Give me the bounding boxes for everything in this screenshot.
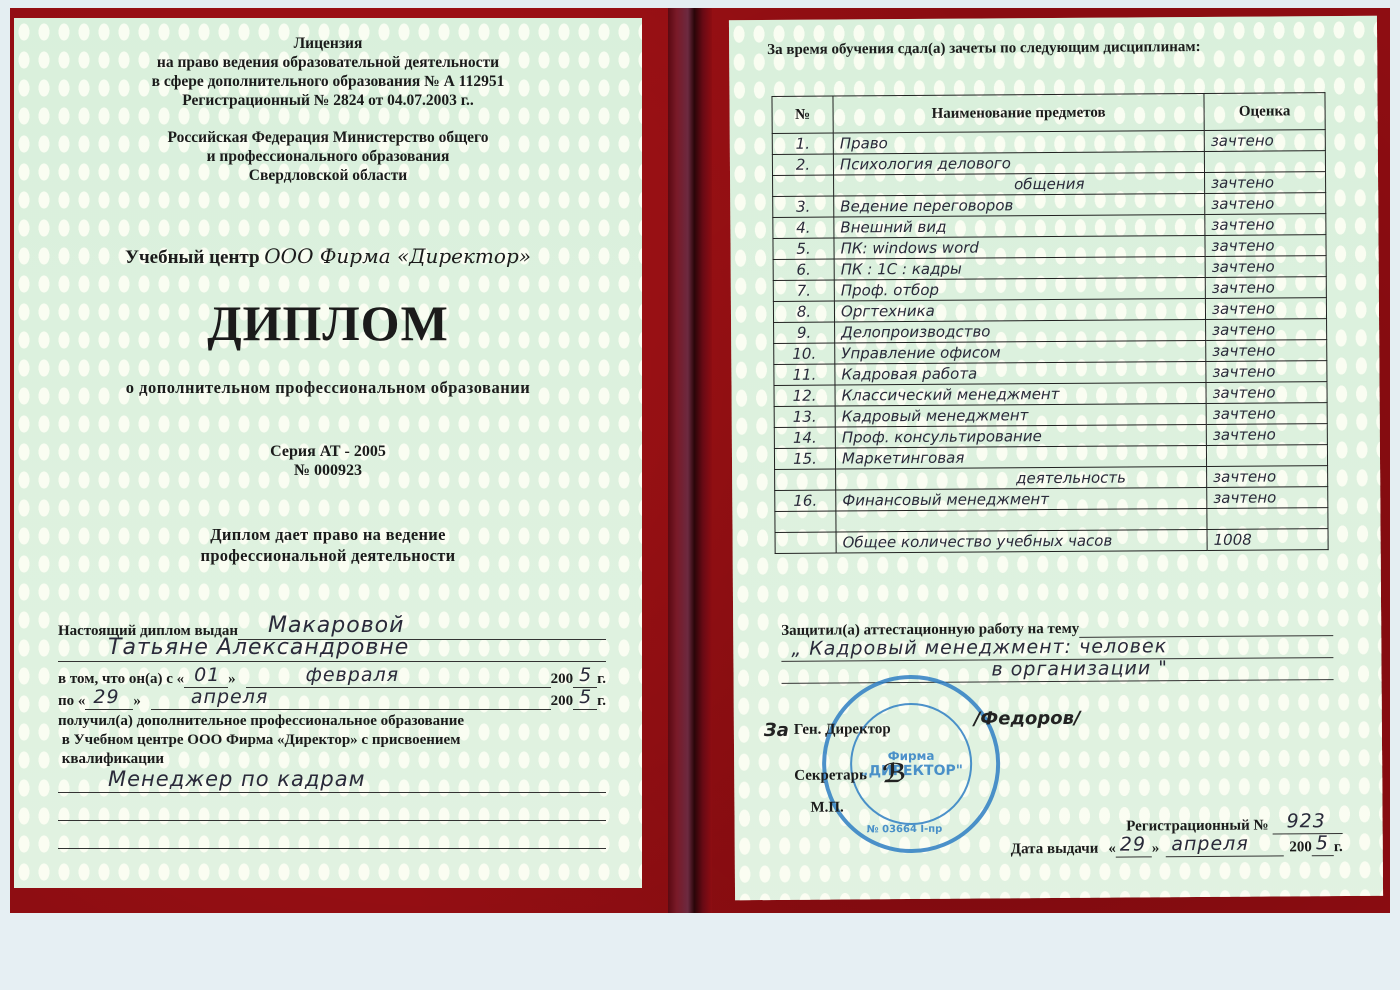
row-subject: общения: [1014, 174, 1084, 192]
scanner-background: [0, 910, 1400, 990]
row-grade: зачтено: [1212, 320, 1275, 338]
license-title: Лицензия: [14, 34, 642, 53]
license-line: Регистрационный № 2824 от 04.07.2003 г..: [14, 91, 642, 110]
row-subject: Финансовый менеджмент: [842, 490, 1049, 509]
row-number: 5.: [796, 239, 810, 257]
issue-label: Дата выдачи: [1011, 841, 1099, 859]
row-subject: Ведение переговоров: [840, 196, 1013, 215]
ministry-line: Российская Федерация Министерство общего: [14, 128, 642, 147]
row-grade: зачтено: [1211, 194, 1274, 212]
diploma-title: ДИПЛОМ: [14, 294, 642, 352]
thesis-topic-line2: в организации ": [991, 657, 1168, 680]
row-number: 11.: [792, 365, 816, 383]
row-grade: зачтено: [1213, 425, 1276, 443]
signatures-block: Фирма „ДИРЕКТОР" № 03664 I-пр За Ген. Ди…: [764, 704, 1325, 818]
row-number: 16.: [793, 491, 817, 509]
director-prefix: За: [764, 720, 789, 741]
reg-number: 923: [1286, 810, 1325, 832]
row-number: 3.: [796, 197, 810, 215]
thesis-topic-line1: „ Кадровый менеджмент: человек: [791, 635, 1167, 660]
seal-label: М.П.: [810, 799, 843, 816]
secretary-label: Секретарь: [794, 767, 867, 785]
row-number: 8.: [797, 302, 811, 320]
license-line: в сфере дополнительного образования № А …: [14, 72, 642, 91]
row-grade: зачтено: [1212, 299, 1275, 317]
row-subject: Внешний вид: [840, 217, 946, 236]
row-subject: Проф. консультирование: [842, 427, 1042, 446]
series-block: Серия АТ - 2005 № 000923: [14, 442, 642, 480]
training-center: Учебный центр ООО Фирма «Директор»: [14, 244, 642, 269]
thesis-block: Защитил(а) аттестационную работу на тему…: [781, 614, 1333, 684]
blank-line: [58, 828, 606, 849]
year-prefix: 200: [551, 693, 574, 710]
col-subject: Наименование предметов: [833, 93, 1204, 133]
to-label: по «: [58, 693, 85, 710]
col-number: №: [772, 96, 833, 133]
issue-year-suffix: г.: [1334, 839, 1343, 856]
row-subject: деятельность: [1016, 468, 1126, 487]
row-grade: 1008: [1214, 530, 1252, 548]
row-grade: зачтено: [1211, 236, 1274, 254]
row-number: 15.: [793, 449, 817, 467]
row-grade: зачтено: [1211, 173, 1274, 191]
received-line: получил(а) дополнительное профессиональн…: [58, 712, 606, 731]
row-grade: зачтено: [1211, 215, 1274, 233]
stamp-name: „ДИРЕКТОР": [859, 763, 963, 780]
issue-year: 5: [1316, 832, 1329, 854]
diploma-subtitle: о дополнительном профессиональном образо…: [14, 378, 642, 398]
year-suffix: г.: [597, 693, 606, 710]
ministry-block: Российская Федерация Министерство общего…: [14, 128, 642, 185]
issue-month: апреля: [1171, 833, 1249, 856]
row-subject: Кадровая работа: [841, 364, 977, 383]
row-subject: Классический менеджмент: [841, 384, 1059, 404]
row-subject: ПК : 1С : кадры: [841, 259, 962, 278]
rights-line: Диплом дает право на ведение: [14, 524, 642, 545]
ministry-line: и профессионального образования: [14, 147, 642, 166]
row-subject: Кадровый менеджмент: [842, 406, 1029, 425]
row-subject: Делопроизводство: [841, 322, 990, 341]
row-number: 10.: [792, 344, 816, 362]
row-grade: зачтено: [1212, 257, 1275, 275]
row-number: 13.: [793, 407, 817, 425]
issue-year-prefix: 200: [1289, 839, 1312, 856]
row-grade: зачтено: [1212, 341, 1275, 359]
row-grade: зачтено: [1212, 362, 1275, 380]
to-day: 29: [93, 686, 119, 708]
row-number: 6.: [796, 260, 810, 278]
col-grade: Оценка: [1204, 93, 1325, 131]
to-month: апреля: [191, 686, 268, 708]
recipient-block: Настоящий диплом выдан Макаровой Татьяне…: [58, 618, 606, 849]
license-line: на право ведения образовательной деятель…: [14, 53, 642, 72]
series: Серия АТ - 2005: [14, 442, 642, 461]
right-page: За время обучения сдал(а) зачеты по след…: [729, 16, 1383, 901]
from-day: 01: [194, 664, 220, 686]
table-row: Общее количество учебных часов1008: [775, 529, 1328, 554]
row-number: 7.: [797, 281, 811, 299]
license-block: Лицензия на право ведения образовательно…: [14, 34, 642, 110]
row-subject: Управление офисом: [841, 343, 1000, 362]
recipient-name: Татьяне Александровне: [108, 635, 409, 660]
diploma-number: № 000923: [14, 461, 642, 480]
row-subject: Проф. отбор: [841, 280, 939, 299]
row-grade: зачтено: [1212, 383, 1275, 401]
grades-table: № Наименование предметов Оценка 1.Правоз…: [771, 92, 1328, 554]
row-grade: зачтено: [1213, 488, 1276, 506]
qualification: Менеджер по кадрам: [108, 767, 365, 791]
quote-close: »: [133, 693, 141, 710]
ministry-line: Свердловской области: [14, 166, 642, 185]
left-page: Лицензия на право ведения образовательно…: [14, 18, 642, 888]
registration-block: Регистрационный № 923 Дата выдачи « 29 »…: [922, 812, 1342, 859]
row-subject: Маркетинговая: [842, 448, 964, 467]
row-number: 9.: [797, 323, 811, 341]
row-subject: Психология делового: [840, 154, 1011, 173]
from-month: февраля: [306, 664, 399, 686]
row-number: 4.: [796, 218, 810, 236]
row-subject: Оргтехника: [841, 301, 935, 320]
row-number: 12.: [793, 386, 817, 404]
from-year: 5: [579, 664, 592, 686]
row-number: 1.: [796, 134, 810, 152]
year-suffix: г.: [597, 671, 606, 688]
blank-line: [58, 800, 606, 821]
to-year: 5: [579, 686, 592, 708]
from-label: в том, что он(а) с «: [58, 671, 184, 688]
center-label: Учебный центр: [125, 247, 260, 268]
row-grade: зачтено: [1211, 131, 1274, 149]
received-line: в Учебном центре ООО Фирма «Директор» с …: [58, 731, 606, 750]
director-signature: /Федоров/: [974, 708, 1081, 730]
diploma-spine: [668, 8, 712, 913]
issue-day: 29: [1120, 833, 1146, 855]
row-grade: зачтено: [1213, 467, 1276, 485]
row-subject: Общее количество учебных часов: [843, 531, 1113, 551]
rights-line: профессиональной деятельности: [14, 545, 642, 566]
disciplines-heading: За время обучения сдал(а) зачеты по след…: [767, 39, 1201, 59]
row-subject: ПК: windows word: [840, 238, 979, 257]
row-grade: зачтено: [1213, 404, 1276, 422]
row-subject: Право: [840, 134, 888, 152]
secretary-signature-icon: ℬ: [882, 759, 906, 789]
director-label: Ген. Директор: [794, 721, 891, 739]
row-number: 14.: [793, 428, 817, 446]
row-number: 2.: [796, 155, 810, 173]
center-name: ООО Фирма «Директор»: [264, 244, 531, 268]
year-prefix: 200: [551, 671, 574, 688]
row-grade: зачтено: [1212, 278, 1275, 296]
rights-block: Диплом дает право на ведение профессиона…: [14, 524, 642, 566]
